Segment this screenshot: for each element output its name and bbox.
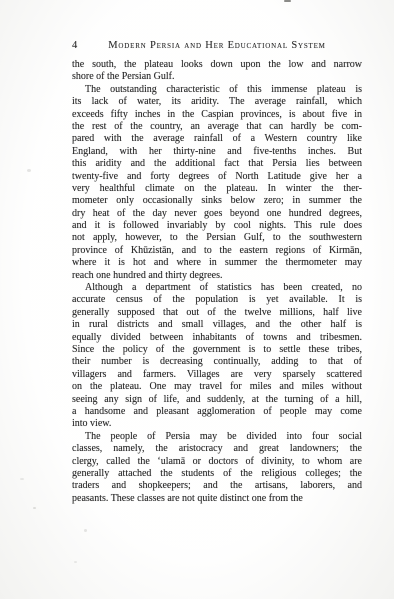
header-title: Modern Persia and Her Educational System	[72, 40, 362, 51]
text-line: seeing any sign of life, and suddenly, a…	[72, 394, 362, 406]
text-line: traders and shopkeepers; and the artisan…	[72, 480, 362, 492]
text-line: equally divided between inhabitants of t…	[72, 332, 362, 344]
text-line: twenty-five and forty degrees of North L…	[72, 171, 362, 183]
scan-artifact-speck	[84, 529, 87, 532]
text-line: a handsome and pleasant agglomeration of…	[72, 406, 362, 418]
text-line: very healthful climate on the plateau. I…	[72, 183, 362, 195]
paragraph: The people of Persia may be divided into…	[72, 431, 362, 505]
paragraph: Although a department of statistics has …	[72, 282, 362, 431]
text-line: into view.	[72, 418, 362, 430]
text-line: its lack of water, its aridity. The aver…	[72, 96, 362, 108]
paragraph: The outstanding characteristic of this i…	[72, 84, 362, 282]
text-line: classes, namely, the aristocracy and gre…	[72, 443, 362, 455]
scan-artifact-speck	[20, 478, 24, 480]
text-line: exceeds fifty inches in the Caspian prov…	[72, 109, 362, 121]
book-page-scan: 4 Modern Persia and Her Educational Syst…	[0, 0, 394, 599]
text-line: villagers and farmers. Villages are very…	[72, 369, 362, 381]
text-line: on the plateau. One may travel for miles…	[72, 381, 362, 393]
scan-artifact-speck	[27, 169, 31, 172]
text-line: in rural districts and small villages, a…	[72, 319, 362, 331]
scan-artifact-speck	[33, 507, 36, 509]
page-number: 4	[72, 40, 77, 51]
running-header: 4 Modern Persia and Her Educational Syst…	[72, 40, 362, 54]
text-line: the south, the plateau looks down upon t…	[72, 59, 362, 71]
text-line: this aridity and the additional fact tha…	[72, 158, 362, 170]
text-line: England, with her thirty-nine and five-t…	[72, 146, 362, 158]
text-line: shore of the Persian Gulf.	[72, 71, 362, 83]
text-line: the rest of the country, an average that…	[72, 121, 362, 133]
text-line: generally supposed that out of the twelv…	[72, 307, 362, 319]
text-line: Since the policy of the government is to…	[72, 344, 362, 356]
text-line: accurate census of the population is yet…	[72, 294, 362, 306]
text-line: their number is decreasing continually, …	[72, 356, 362, 368]
text-line: and it is followed invariably by cool ni…	[72, 220, 362, 232]
text-line: where it is hot and where in summer the …	[72, 257, 362, 269]
text-line: mometer only occasionally sinks below ze…	[72, 195, 362, 207]
paragraph: the south, the plateau looks down upon t…	[72, 59, 362, 84]
text-line: The people of Persia may be divided into…	[72, 431, 362, 443]
scan-artifact-speck	[74, 561, 77, 563]
scan-artifact-speck	[284, 0, 291, 2]
text-line: pared with the average rainfall of a Wes…	[72, 133, 362, 145]
text-line: not apply, however, to the Persian Gulf,…	[72, 232, 362, 244]
text-line: reach one hundred and thirty degrees.	[72, 270, 362, 282]
text-line: generally attached the students of the r…	[72, 468, 362, 480]
text-line: peasants. These classes are not quite di…	[72, 493, 362, 505]
text-line: Although a department of statistics has …	[72, 282, 362, 294]
text-line: The outstanding characteristic of this i…	[72, 84, 362, 96]
text-line: province of Khūzistān, and to the easter…	[72, 245, 362, 257]
text-line: dry heat of the day never goes beyond on…	[72, 208, 362, 220]
text-line: clergy, called the ‘ulamā or doctors of …	[72, 456, 362, 468]
text-block: the south, the plateau looks down upon t…	[72, 59, 362, 505]
